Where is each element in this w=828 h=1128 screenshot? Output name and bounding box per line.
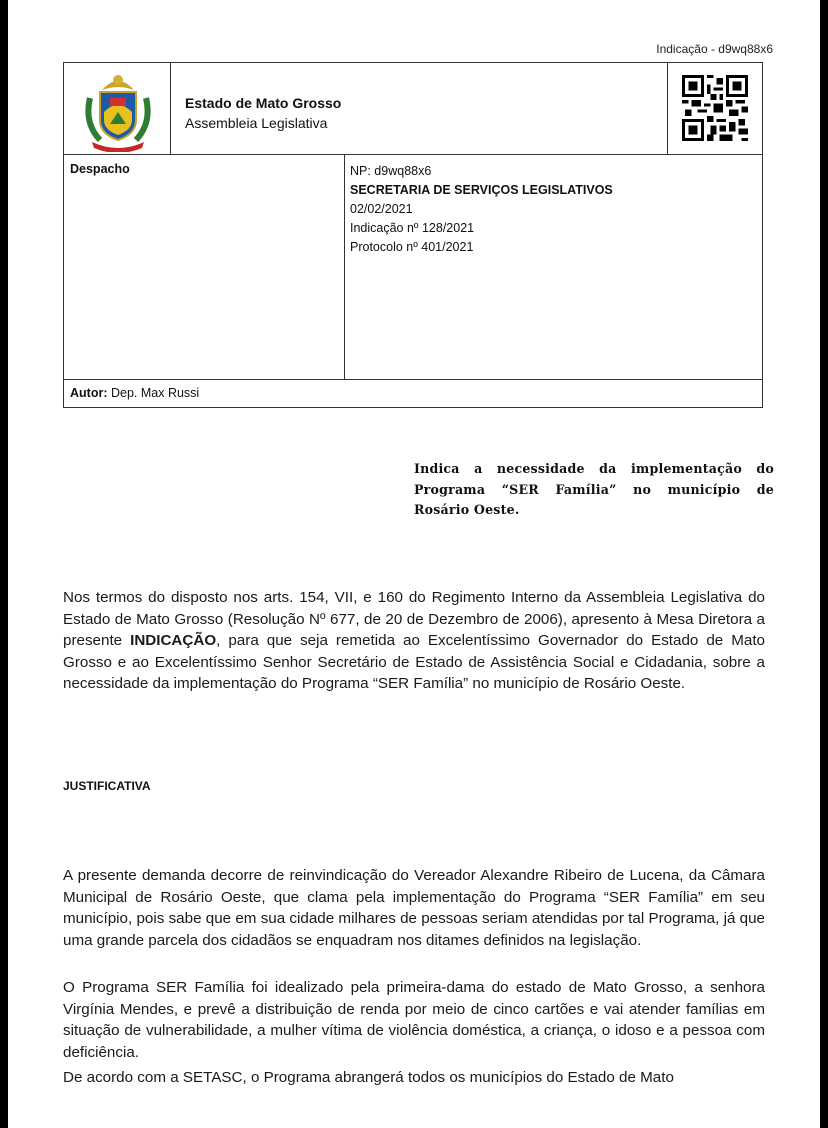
dispatch-table: Despacho NP: d9wq88x6 SECRETARIA DE SERV…: [63, 154, 763, 408]
coat-of-arms-icon: [80, 68, 156, 152]
qr-cell: [667, 63, 762, 154]
organization-name: Estado de Mato Grosso Assembleia Legisla…: [185, 93, 341, 133]
protocol-date: 02/02/2021: [350, 200, 613, 219]
ementa: Indica a necessidade da implementação do…: [414, 459, 774, 521]
assembly-name: Assembleia Legislativa: [185, 113, 341, 133]
protocol-info: NP: d9wq88x6 SECRETARIA DE SERVIÇOS LEGI…: [350, 162, 613, 257]
justificativa-heading: JUSTIFICATIVA: [63, 779, 151, 793]
indicacao-keyword: INDICAÇÃO: [130, 632, 216, 649]
author-name: Dep. Max Russi: [111, 386, 199, 400]
crest-cell: [64, 63, 171, 154]
despacho-cell: Despacho: [64, 155, 345, 379]
document-header: Estado de Mato Grosso Assembleia Legisla…: [63, 62, 763, 155]
author-label: Autor:: [70, 386, 108, 400]
paragraph-intro: Nos termos do disposto nos arts. 154, VI…: [63, 587, 765, 695]
paragraph-justification-1: A presente demanda decorre de reinvindic…: [63, 865, 765, 951]
protocolo-number: Protocolo nº 401/2021: [350, 238, 613, 257]
paragraph-justification-2: O Programa SER Família foi idealizado pe…: [63, 977, 765, 1063]
state-name: Estado de Mato Grosso: [185, 93, 341, 113]
paragraph-justification-3: De acordo com a SETASC, o Programa abran…: [63, 1067, 765, 1089]
document-id-label: Indicação - d9wq88x6: [656, 42, 773, 56]
secretaria-name: SECRETARIA DE SERVIÇOS LEGISLATIVOS: [350, 181, 613, 200]
indicacao-number: Indicação nº 128/2021: [350, 219, 613, 238]
despacho-label: Despacho: [70, 162, 130, 176]
document-page: Indicação - d9wq88x6 Estado de Mato Gros…: [8, 0, 820, 1128]
qr-code-icon: [682, 75, 748, 141]
np-code: NP: d9wq88x6: [350, 162, 613, 181]
author-row: Autor: Dep. Max Russi: [64, 379, 762, 407]
